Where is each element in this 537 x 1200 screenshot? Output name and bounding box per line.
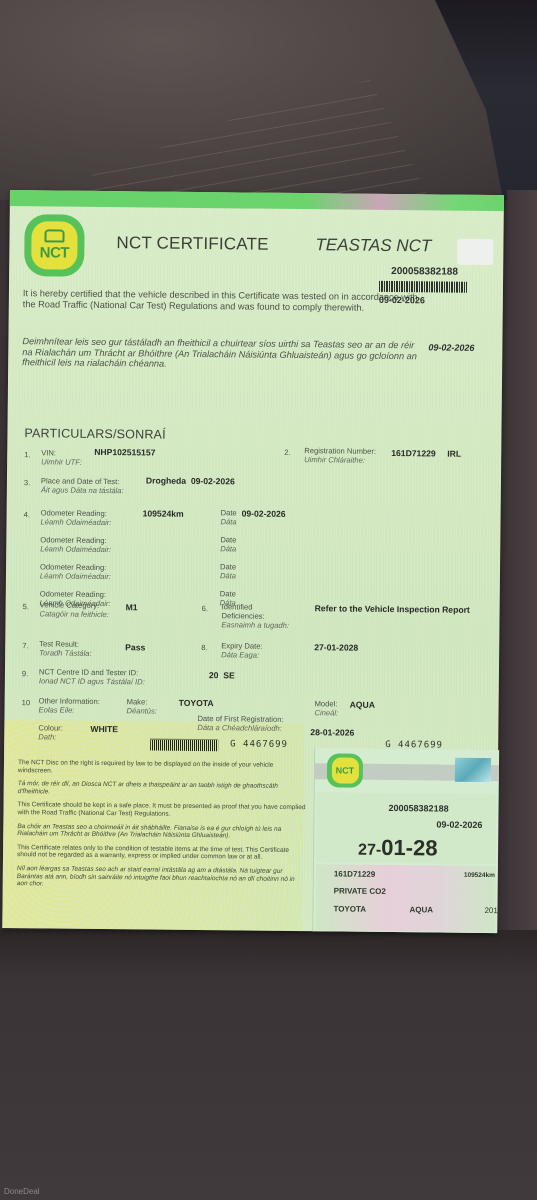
result-label: Test Result:Toradh Tástála: <box>39 639 92 658</box>
disc-number: 200058382188 <box>388 803 448 814</box>
car-icon <box>44 229 64 242</box>
model-value: AQUA <box>350 700 375 710</box>
odometer-value: 109524km <box>143 508 184 518</box>
donedeal-watermark: DoneDeal <box>4 1187 40 1196</box>
expiry-value: 27-01-2028 <box>314 642 358 652</box>
centre-label: NCT Centre ID and Tester ID:Ionad NCT ID… <box>39 667 145 686</box>
registration-value: 161D71229 <box>391 448 436 458</box>
odometer-date-label: DateDáta <box>220 562 236 580</box>
note-1: Tá mór, de réir dlí, an Diosca NCT ar dh… <box>18 780 308 798</box>
deficiencies-value: Refer to the Vehicle Inspection Report <box>315 603 470 615</box>
odometer-label: Odometer Reading:Léamh Odaiméadair: <box>40 535 111 554</box>
odometer-date-label: DateDáta <box>220 535 236 553</box>
category-label: Vehicle Category:Catagóir na feithicle: <box>40 600 109 619</box>
model-label: Model:Cineál: <box>314 699 338 717</box>
note-0: The NCT Disc on the right is required by… <box>18 759 308 777</box>
seat-side-bolster <box>507 190 537 940</box>
serial-number-left: G 4467699 <box>230 739 288 750</box>
other-info-label: Other Information:Eolas Eile: <box>39 696 100 715</box>
nct-certificate: NCT NCT CERTIFICATE TEASTAS NCT 20005838… <box>2 190 504 933</box>
odometer-label: Odometer Reading:Léamh Odaiméadair: <box>40 508 111 527</box>
odometer-date-value: 09-02-2026 <box>242 508 286 518</box>
statement-irish: Deimhnítear leis seo gur tástáladh an fh… <box>22 336 422 372</box>
note-5: Níl aon léargas sa Teastas seo ach ar st… <box>17 865 307 891</box>
car-seat-cushion <box>0 930 537 1200</box>
make-label: Make:Déantús: <box>127 697 158 715</box>
certificate-number: 200058382188 <box>391 266 458 278</box>
certificate-title: NCT CERTIFICATE <box>116 233 268 255</box>
particulars-heading: PARTICULARS/SONRAÍ <box>24 426 166 441</box>
colour-value: WHITE <box>90 724 118 734</box>
nct-disc: NCT G 4467699 200058382188 09-02-2026 27… <box>312 748 499 933</box>
place-date-label: Place and Date of Test:Áit agus Dáta na … <box>41 476 124 495</box>
disc-nct-logo-icon: NCT <box>327 753 363 787</box>
serial-number-right: G 4467699 <box>385 740 443 751</box>
colour-label: Colour:Dath: <box>38 723 63 741</box>
centre-value: 20 SE <box>209 670 235 680</box>
nct-logo-icon: NCT <box>24 214 85 277</box>
disc-odometer: 109524km <box>464 872 495 879</box>
statement-english: It is hereby certified that the vehicle … <box>23 288 423 313</box>
disc-make: TOYOTA <box>333 904 366 913</box>
note-2: This Certificate should be kept in a saf… <box>17 801 307 819</box>
expiry-label: Expiry Date:Dáta Eaga: <box>221 641 263 659</box>
first-registration-value: 28-01-2026 <box>310 727 354 737</box>
vin-label: VIN:Uimhir UTF: <box>41 448 82 466</box>
disc-date: 09-02-2026 <box>436 820 482 830</box>
odometer-label: Odometer Reading:Léamh Odaiméadair: <box>40 562 111 581</box>
first-registration-label: Date of First Registration:Dáta a Chéadc… <box>197 714 283 733</box>
disc-vehicle-type: PRIVATE CO2 <box>334 886 386 896</box>
hologram-icon <box>455 758 491 782</box>
disc-registration: 161D71229 <box>334 869 375 878</box>
odometer-date-label: DateDáta <box>220 508 236 526</box>
registration-country: IRL <box>447 449 461 459</box>
certificate-title-irish: TEASTAS NCT <box>315 235 431 256</box>
serial-barcode <box>150 738 218 751</box>
note-4: This Certificate relates only to the con… <box>17 844 307 862</box>
test-result-value: Pass <box>125 642 145 652</box>
stamp-sticker <box>457 239 493 265</box>
registration-label: Registration Number:Uimhir Chláraithe: <box>304 446 376 465</box>
deficiencies-label: IdentifiedDeficiencies:Easnaimh a tugadh… <box>221 602 289 630</box>
disc-expiry: 27-01-28 <box>358 835 438 862</box>
statement-irish-date: 09-02-2026 <box>428 342 474 352</box>
disc-model: AQUA <box>409 905 433 914</box>
statement-english-date: 09-02-2026 <box>379 295 425 305</box>
certificate-barcode <box>379 281 467 293</box>
place-date-value: Drogheda 09-02-2026 <box>146 475 235 486</box>
vin-value: NHP102515157 <box>94 447 155 458</box>
make-value: TOYOTA <box>179 698 214 708</box>
certificate-notes: The NCT Disc on the right is required by… <box>17 759 308 897</box>
disc-year: 2016 <box>484 906 502 915</box>
note-3: Ba chóir an Teastas seo a choinneáil in … <box>17 823 307 841</box>
category-value: M1 <box>126 602 138 612</box>
